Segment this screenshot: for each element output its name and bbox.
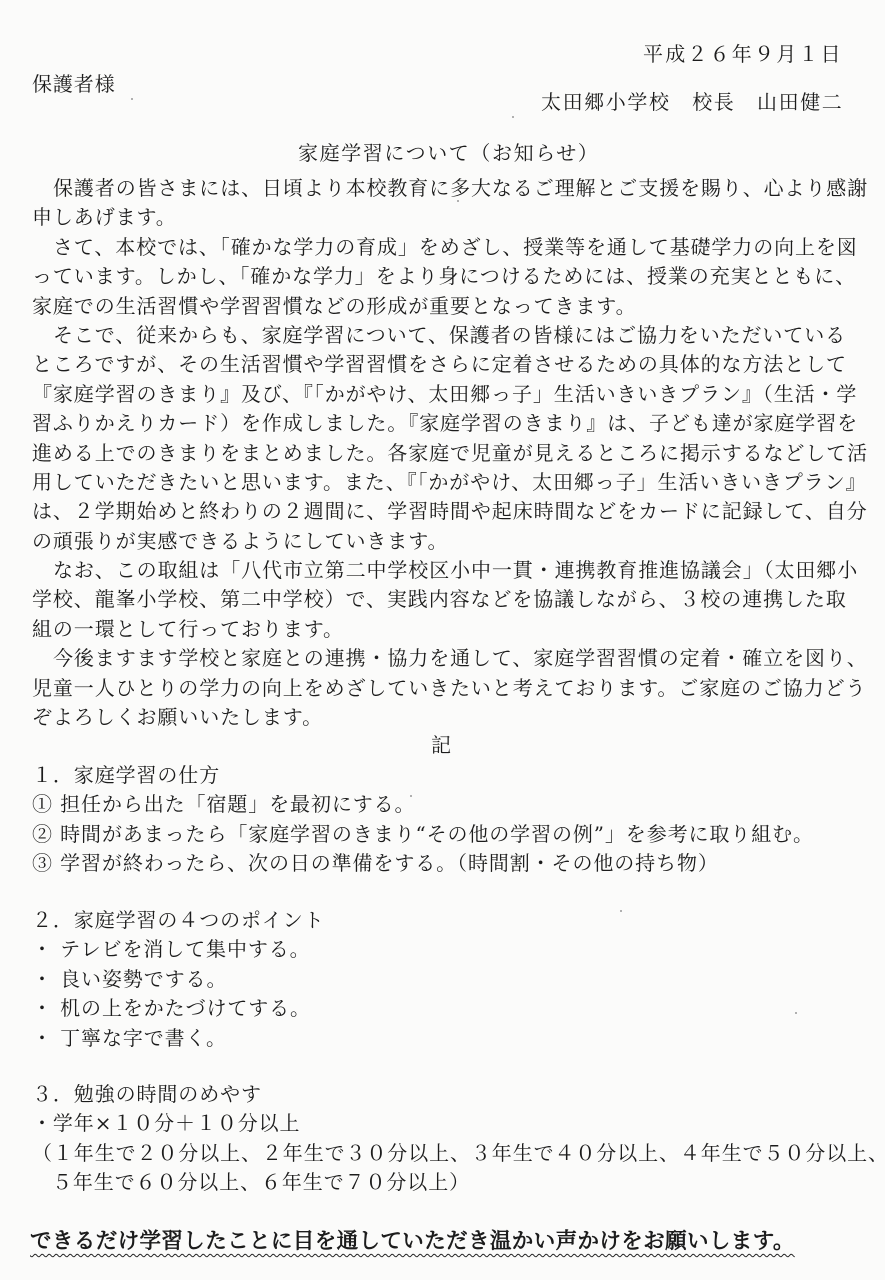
scan-speck bbox=[131, 98, 133, 100]
paragraph-1-line-1: 保護者の皆さまには、日頃より本校教育に多大なるご理解とご支援を賜り、心より感謝 bbox=[32, 174, 852, 203]
list-item: ・ 机の上をかたづけてする。 bbox=[32, 994, 862, 1023]
paragraph-4-line-2: 学校、龍峯小学校、第二中学校）で、実践内容などを協議しながら、３校の連携した取 bbox=[32, 585, 852, 614]
section-heading: １．家庭学習の仕方 bbox=[32, 761, 862, 790]
paragraph-3-line-2: ところですが、その生活習慣や学習習慣をさらに定着させるための具体的な方法として bbox=[32, 350, 852, 379]
list-item: ① 担任から出た「宿題」を最初にする。 bbox=[32, 790, 862, 819]
scan-speck bbox=[457, 200, 459, 202]
section-four-points: ２．家庭学習の４つのポイント ・ テレビを消して集中する。 ・ 良い姿勢でする。… bbox=[32, 906, 862, 1053]
paragraph-2-line-2: っています。しかし、「確かな学力」をより身につけるためには、授業の充実とともに、 bbox=[32, 262, 852, 291]
section-heading: ３．勉強の時間のめやす bbox=[32, 1080, 862, 1109]
paragraph-5-line-1: 今後ますます学校と家庭との連携・協力を通して、家庭学習習慣の定着・確立を図り、 bbox=[32, 644, 852, 673]
closing-request: できるだけ学習したことに目を通していただき温かい声かけをお願いします。 bbox=[30, 1229, 795, 1255]
list-item: ・ 良い姿勢でする。 bbox=[32, 965, 862, 994]
paragraph-3-line-4: 習ふりかえりカード）を作成しました。『家庭学習のきまり』は、子ども達が家庭学習を bbox=[32, 409, 852, 438]
recipient-salutation: 保護者様 bbox=[32, 72, 116, 96]
ki-marker: 記 bbox=[431, 733, 452, 757]
paragraph-3-line-1: そこで、従来からも、家庭学習について、保護者の皆様にはご協力をいただいている bbox=[32, 321, 852, 350]
section-heading: ２．家庭学習の４つのポイント bbox=[32, 906, 862, 935]
scan-speck bbox=[795, 1012, 797, 1014]
paragraph-3-line-3: 『家庭学習のきまり』及び、『「かがやけ、太田郷っ子」生活いきいきプラン』（生活・… bbox=[32, 380, 852, 409]
paragraph-3-line-6: 用していただきたいと思います。また、『「かがやけ、太田郷っ子」生活いきいきプラン… bbox=[32, 468, 852, 497]
list-item-continued: ５年生で６０分以上、６年生で７０分以上） bbox=[32, 1168, 862, 1197]
list-item: （１年生で２０分以上、２年生で３０分以上、３年生で４０分以上、４年生で５０分以上… bbox=[32, 1139, 862, 1168]
list-item: ② 時間があまったら「家庭学習のきまり“その他の学習の例”」を参考に取り組む。 bbox=[32, 820, 862, 849]
paragraph-4-line-1: なお、この取組は「八代市立第二中学校区小中一貫・連携教育推進協議会」（太田郷小 bbox=[32, 556, 852, 585]
document-title: 家庭学習について（お知らせ） bbox=[298, 141, 599, 165]
paragraph-5-line-3: ぞよろしくお願いいたします。 bbox=[32, 703, 852, 732]
section-study-method: １．家庭学習の仕方 ① 担任から出た「宿題」を最初にする。 ② 時間があまったら… bbox=[32, 761, 862, 879]
paragraph-3-line-8: の頑張りが実感できるようにしていきます。 bbox=[32, 527, 852, 556]
paragraph-2-line-3: 家庭での生活習慣や学習習慣などの形成が重要となってきます。 bbox=[32, 292, 852, 321]
issue-date: 平成２６年９月１日 bbox=[643, 42, 843, 66]
paragraph-4-line-3: 組の一環として行っております。 bbox=[32, 615, 852, 644]
section-study-time-guide: ３．勉強の時間のめやす ・学年×１０分＋１０分以上 （１年生で２０分以上、２年生… bbox=[32, 1080, 862, 1198]
scan-speck bbox=[410, 795, 412, 797]
list-item: ・ 丁寧な字で書く。 bbox=[32, 1024, 862, 1053]
sender-signature: 太田郷小学校 校長 山田健二 bbox=[541, 90, 843, 114]
paragraph-2-line-1: さて、本校では、「確かな学力の育成」をめざし、授業等を通して基礎学力の向上を図 bbox=[32, 233, 852, 262]
paragraph-1-line-2: 申しあげます。 bbox=[32, 203, 852, 232]
list-item: ・学年×１０分＋１０分以上 bbox=[32, 1109, 862, 1138]
paragraph-5-line-2: 児童一人ひとりの学力の向上をめざしていきたいと考えております。ご家庭のご協力どう bbox=[32, 674, 852, 703]
scan-speck bbox=[512, 116, 514, 118]
scan-speck bbox=[620, 910, 622, 912]
paragraph-3-line-5: 進める上でのきまりをまとめました。各家庭で児童が見えるところに掲示するなどして活 bbox=[32, 439, 852, 468]
list-item: ・ テレビを消して集中する。 bbox=[32, 935, 862, 964]
paragraph-3-line-7: は、２学期始めと終わりの２週間に、学習時間や起床時間などをカードに記録して、自分 bbox=[32, 497, 852, 526]
body-text: 保護者の皆さまには、日頃より本校教育に多大なるご理解とご支援を賜り、心より感謝 … bbox=[32, 174, 852, 732]
notice-document: 平成２６年９月１日 保護者様 太田郷小学校 校長 山田健二 家庭学習について（お… bbox=[0, 0, 885, 1280]
list-item: ③ 学習が終わったら、次の日の準備をする。（時間割・その他の持ち物） bbox=[32, 849, 862, 878]
